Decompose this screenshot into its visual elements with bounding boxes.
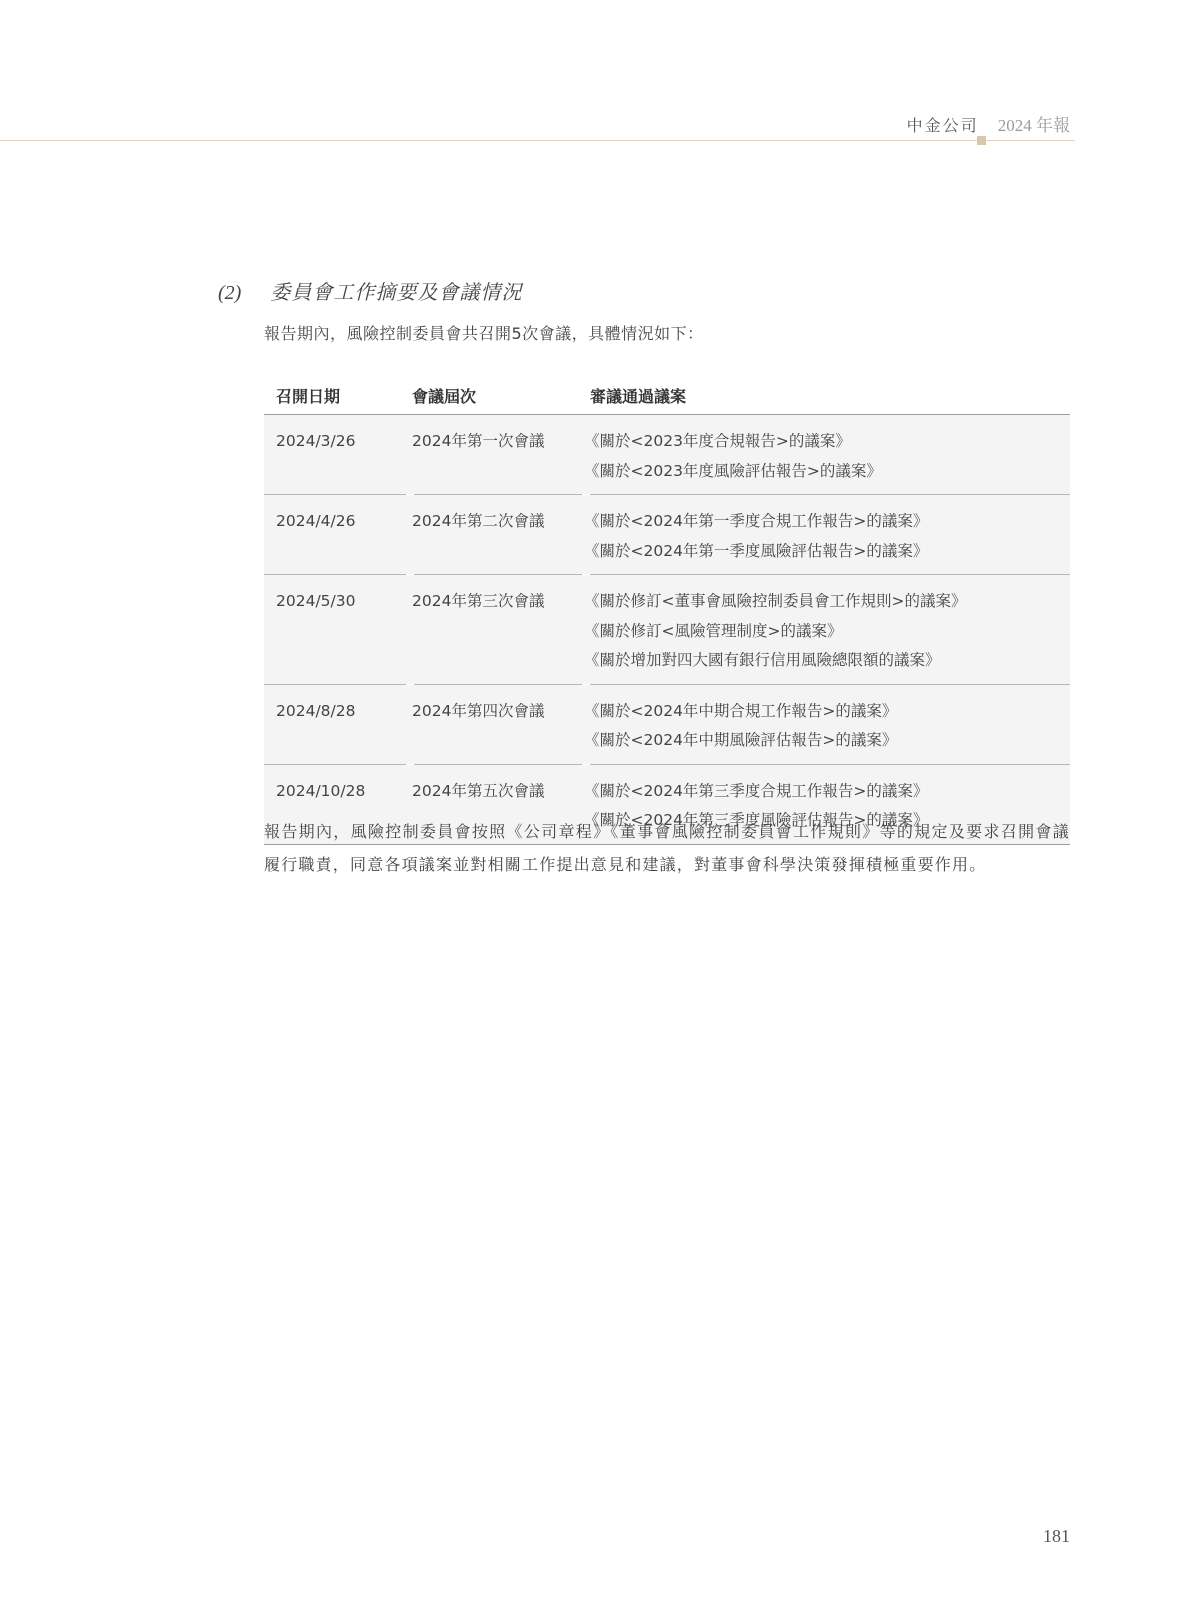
cell-session: 2024年第三次會議 <box>410 575 590 684</box>
proposal-item: 《關於修訂<風險管理制度>的議案》 <box>584 617 1070 647</box>
header-report-title: 2024 年報 <box>998 116 1070 135</box>
header-company: 中金公司 <box>907 116 979 135</box>
running-header: 中金公司 2024 年報 <box>907 111 1070 136</box>
proposal-item: 《關於<2024年中期風險評估報告>的議案》 <box>584 726 1070 756</box>
cell-date: 2024/8/28 <box>264 685 410 764</box>
header-date: 召開日期 <box>264 384 410 407</box>
conclusion-paragraph: 報告期內，風險控制委員會按照《公司章程》《董事會風險控制委員會工作規則》等的規定… <box>264 815 1070 881</box>
meetings-table: 召開日期 會議屆次 審議通過議案 2024/3/26 2024年第一次會議 《關… <box>264 376 1070 845</box>
intro-paragraph: 報告期內，風險控制委員會共召開5次會議，具體情況如下： <box>264 321 704 344</box>
proposal-item: 《關於<2023年度風險評估報告>的議案》 <box>584 457 1070 487</box>
proposal-item: 《關於<2024年第一季度風險評估報告>的議案》 <box>584 537 1070 567</box>
cell-session: 2024年第二次會議 <box>410 495 590 574</box>
cell-date: 2024/4/26 <box>264 495 410 574</box>
proposal-item: 《關於<2024年中期合規工作報告>的議案》 <box>584 697 1070 727</box>
table-header-row: 召開日期 會議屆次 審議通過議案 <box>264 376 1070 415</box>
section-heading: (2) 委員會工作摘要及會議情況 <box>218 276 522 305</box>
proposal-item: 《關於<2024年第一季度合規工作報告>的議案》 <box>584 507 1070 537</box>
cell-date: 2024/5/30 <box>264 575 410 684</box>
cell-session: 2024年第四次會議 <box>410 685 590 764</box>
table-row: 2024/5/30 2024年第三次會議 《關於修訂<董事會風險控制委員會工作規… <box>264 575 1070 684</box>
cell-date: 2024/3/26 <box>264 415 410 494</box>
table-row: 2024/3/26 2024年第一次會議 《關於<2023年度合規報告>的議案》… <box>264 415 1070 494</box>
header-proposals: 審議通過議案 <box>590 384 1070 407</box>
cell-proposals: 《關於<2024年中期合規工作報告>的議案》 《關於<2024年中期風險評估報告… <box>590 685 1070 764</box>
header-rule <box>0 140 1075 141</box>
cell-proposals: 《關於<2023年度合規報告>的議案》 《關於<2023年度風險評估報告>的議案… <box>590 415 1070 494</box>
page-number: 181 <box>1043 1526 1070 1547</box>
header-square-marker-icon <box>977 136 986 145</box>
table-row: 2024/4/26 2024年第二次會議 《關於<2024年第一季度合規工作報告… <box>264 495 1070 574</box>
cell-session: 2024年第一次會議 <box>410 415 590 494</box>
header-session: 會議屆次 <box>410 384 590 407</box>
proposal-item: 《關於增加對四大國有銀行信用風險總限額的議案》 <box>584 646 1070 676</box>
table-body: 2024/3/26 2024年第一次會議 《關於<2023年度合規報告>的議案》… <box>264 415 1070 845</box>
proposal-item: 《關於<2024年第三季度合規工作報告>的議案》 <box>584 777 1070 807</box>
section-number: (2) <box>218 282 264 305</box>
table-row: 2024/8/28 2024年第四次會議 《關於<2024年中期合規工作報告>的… <box>264 685 1070 764</box>
proposal-item: 《關於<2023年度合規報告>的議案》 <box>584 427 1070 457</box>
proposal-item: 《關於修訂<董事會風險控制委員會工作規則>的議案》 <box>584 587 1070 617</box>
cell-proposals: 《關於<2024年第一季度合規工作報告>的議案》 《關於<2024年第一季度風險… <box>590 495 1070 574</box>
section-title: 委員會工作摘要及會議情況 <box>270 280 522 304</box>
cell-proposals: 《關於修訂<董事會風險控制委員會工作規則>的議案》 《關於修訂<風險管理制度>的… <box>590 575 1070 684</box>
